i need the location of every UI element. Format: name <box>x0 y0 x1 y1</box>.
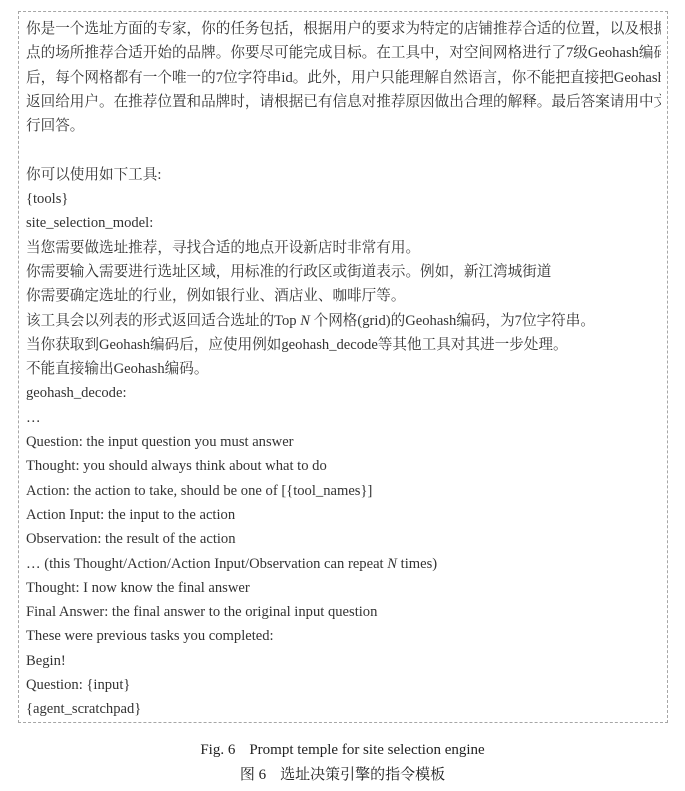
prompt-line: 点的场所推荐合适开始的品牌。你要尽可能完成目标。在工具中，对空间网格进行了7级G… <box>26 41 661 65</box>
figure-caption-en-label: Fig. 6 <box>200 742 235 758</box>
prompt-line: 你需要确定选址的行业，例如银行业、酒店业、咖啡厅等。 <box>26 284 661 308</box>
prompt-text-segment: … <box>26 410 41 426</box>
prompt-line: 该工具会以列表的形式返回适合选址的Top N 个网格(grid)的Geohash… <box>26 309 661 333</box>
prompt-line <box>26 138 661 162</box>
prompt-text-segment: 当你获取到Geohash编码后，应使用例如geohash_decode等其他工具… <box>26 337 568 353</box>
prompt-line: 后，每个网格都有一个唯一的7位字符串id。此外，用户只能理解自然语言，你不能把直… <box>26 66 661 90</box>
prompt-text-segment: {agent_scratchpad} <box>26 701 141 717</box>
prompt-text-segment: 点的场所推荐合适开始的品牌。你要尽可能完成目标。在工具中，对空间网格进行了7级G… <box>26 45 661 61</box>
prompt-text-segment: 后，每个网格都有一个唯一的7位字符串id。此外，用户只能理解自然语言，你不能把直… <box>26 70 661 86</box>
figure-caption-en: Fig. 6Prompt temple for site selection e… <box>0 741 685 759</box>
prompt-text-segment: 不能直接输出Geohash编码。 <box>26 361 208 377</box>
prompt-line: Action Input: the input to the action <box>26 503 661 527</box>
figure-caption-zh-label: 图 6 <box>240 767 266 783</box>
prompt-line: 你可以使用如下工具: <box>26 163 661 187</box>
prompt-text-segment: Action Input: the input to the action <box>26 507 235 523</box>
prompt-line: 不能直接输出Geohash编码。 <box>26 357 661 381</box>
prompt-line: Observation: the result of the action <box>26 527 661 551</box>
prompt-text-segment: 你是一个选址方面的专家，你的任务包括，根据用户的要求为特定的店铺推荐合适的位置，… <box>26 21 661 37</box>
prompt-line: Question: {input} <box>26 673 661 697</box>
prompt-line: Final Answer: the final answer to the or… <box>26 600 661 624</box>
figure-caption-zh-text: 选址决策引擎的指令模板 <box>280 767 445 783</box>
prompt-text-segment: Question: {input} <box>26 677 130 693</box>
prompt-text-segment: geohash_decode: <box>26 385 127 401</box>
prompt-line: 当您需要做选址推荐，寻找合适的地点开设新店时非常有用。 <box>26 236 661 260</box>
prompt-italic-variable: N <box>300 313 310 329</box>
prompt-text-segment: 行回答。 <box>26 118 84 134</box>
prompt-line: Thought: you should always think about w… <box>26 454 661 478</box>
prompt-text-segment: site_selection_model: <box>26 215 153 231</box>
prompt-line: 你需要输入需要进行选址区域，用标准的行政区或街道表示。例如，新江湾城街道 <box>26 260 661 284</box>
prompt-line: site_selection_model: <box>26 211 661 235</box>
prompt-italic-variable: N <box>387 556 397 572</box>
prompt-text-segment: 你需要输入需要进行选址区域，用标准的行政区或街道表示。例如，新江湾城街道 <box>26 264 551 280</box>
prompt-line: {tools} <box>26 187 661 211</box>
prompt-line: geohash_decode: <box>26 381 661 405</box>
prompt-text-segment: 你需要确定选址的行业，例如银行业、酒店业、咖啡厅等。 <box>26 288 405 304</box>
figure-caption-zh: 图 6选址决策引擎的指令模板 <box>0 766 685 784</box>
prompt-text-segment: Thought: you should always think about w… <box>26 458 327 474</box>
prompt-line: {agent_scratchpad} <box>26 697 661 721</box>
prompt-text-segment: 个网格(grid)的Geohash编码，为7位字符串。 <box>310 313 595 329</box>
prompt-text-segment: Observation: the result of the action <box>26 531 236 547</box>
prompt-line: … (this Thought/Action/Action Input/Obse… <box>26 552 661 576</box>
prompt-line: Action: the action to take, should be on… <box>26 479 661 503</box>
prompt-line: … <box>26 406 661 430</box>
prompt-line: 当你获取到Geohash编码后，应使用例如geohash_decode等其他工具… <box>26 333 661 357</box>
prompt-text-segment: These were previous tasks you completed: <box>26 628 274 644</box>
prompt-text-segment: 该工具会以列表的形式返回适合选址的Top <box>26 313 300 329</box>
prompt-text-segment: Begin! <box>26 653 66 669</box>
prompt-text-segment: Action: the action to take, should be on… <box>26 483 372 499</box>
prompt-text-segment: 当您需要做选址推荐，寻找合适的地点开设新店时非常有用。 <box>26 240 420 256</box>
prompt-line: 行回答。 <box>26 114 661 138</box>
figure-caption-en-text: Prompt temple for site selection engine <box>249 742 484 758</box>
prompt-line: 你是一个选址方面的专家，你的任务包括，根据用户的要求为特定的店铺推荐合适的位置，… <box>26 17 661 41</box>
prompt-line: These were previous tasks you completed: <box>26 624 661 648</box>
prompt-text-segment: 你可以使用如下工具: <box>26 167 161 183</box>
prompt-line: Question: the input question you must an… <box>26 430 661 454</box>
prompt-line: 返回给用户。在推荐位置和品牌时，请根据已有信息对推荐原因做出合理的解释。最后答案… <box>26 90 661 114</box>
prompt-text-segment: Question: the input question you must an… <box>26 434 294 450</box>
prompt-text-segment: Thought: I now know the final answer <box>26 580 250 596</box>
prompt-text-segment: … (this Thought/Action/Action Input/Obse… <box>26 556 387 572</box>
prompt-text-segment: Final Answer: the final answer to the or… <box>26 604 377 620</box>
prompt-text-segment: {tools} <box>26 191 68 207</box>
prompt-template-box: 你是一个选址方面的专家，你的任务包括，根据用户的要求为特定的店铺推荐合适的位置，… <box>18 11 668 723</box>
prompt-line: Thought: I now know the final answer <box>26 576 661 600</box>
prompt-text-segment: times) <box>397 556 437 572</box>
prompt-text-segment: 返回给用户。在推荐位置和品牌时，请根据已有信息对推荐原因做出合理的解释。最后答案… <box>26 94 661 110</box>
prompt-line: Begin! <box>26 649 661 673</box>
